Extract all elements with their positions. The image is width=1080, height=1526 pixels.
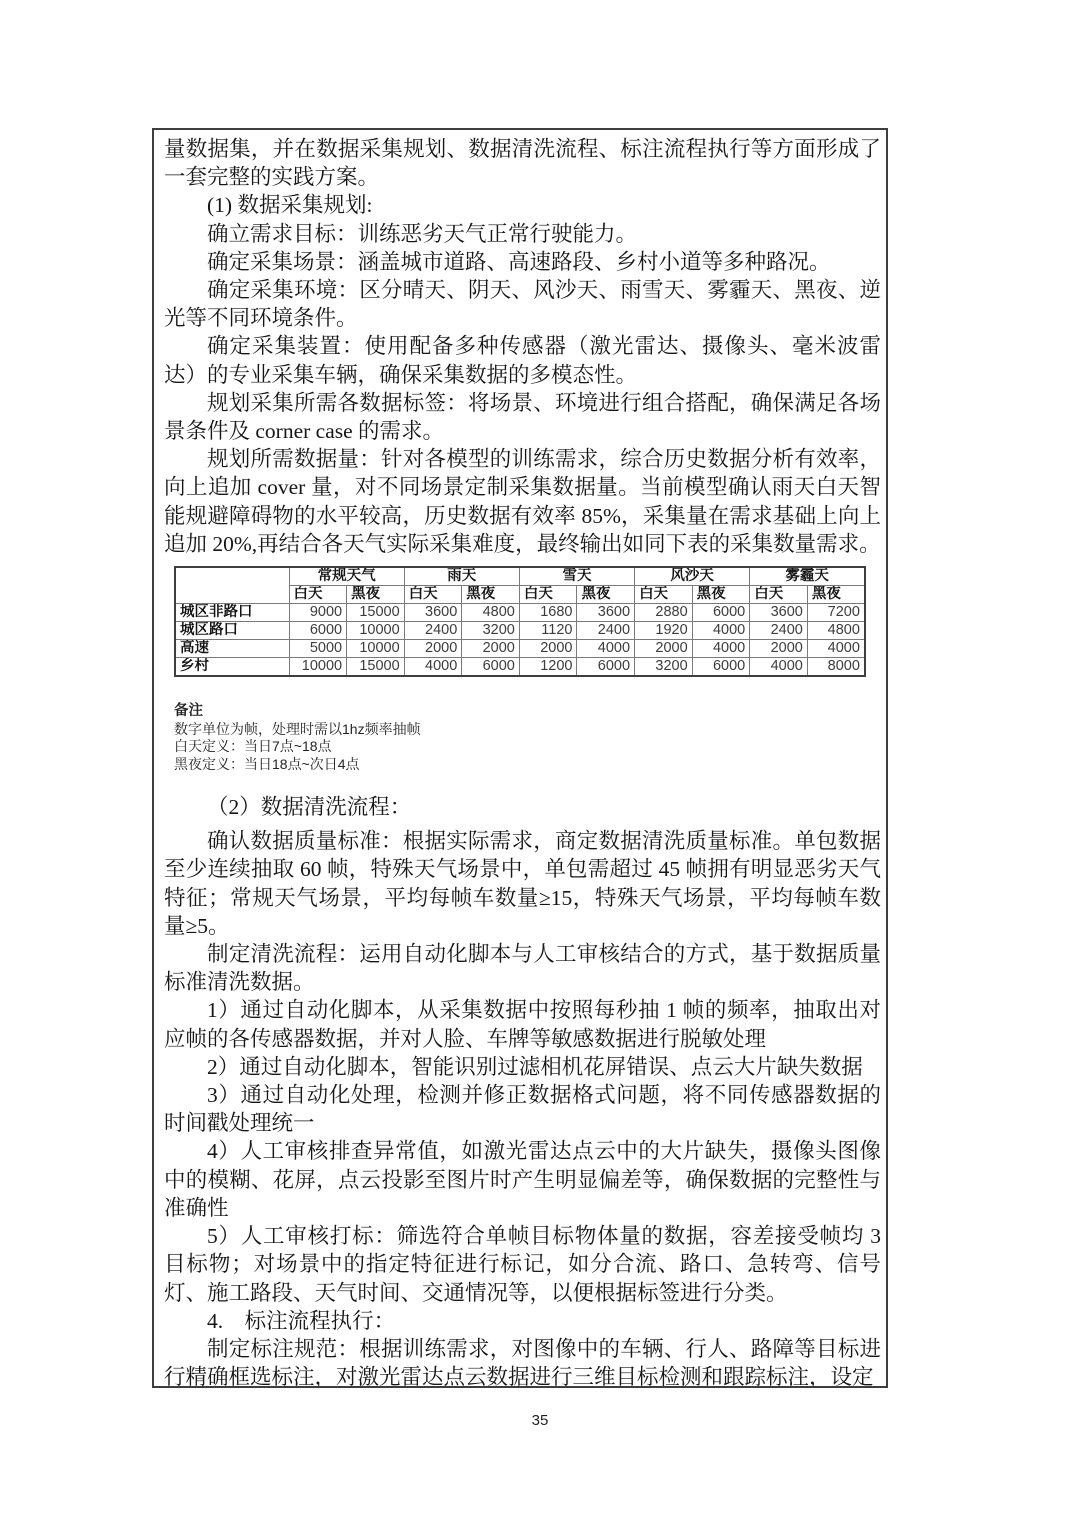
table-row: 城区非路口 9000 15000 3600 4800 1680 3600 288…	[175, 604, 865, 622]
table-cell: 2400	[404, 622, 462, 640]
sub-header-night: 黑夜	[692, 586, 750, 604]
table-cell: 4800	[462, 604, 520, 622]
table-cell: 1680	[519, 604, 577, 622]
table-cell: 3600	[750, 604, 808, 622]
table-cell: 4800	[807, 622, 865, 640]
sub-header-day: 白天	[635, 586, 693, 604]
table-header-row-groups: 常规天气 雨天 雪天 风沙天 雾霾天	[175, 567, 865, 586]
table-cell: 9000	[289, 604, 347, 622]
table-cell: 4000	[577, 640, 635, 658]
content-border-box: 量数据集，并在数据采集规划、数据清洗流程、标注流程执行等方面形成了一套完整的实践…	[152, 128, 888, 1388]
table-cell: 8000	[807, 658, 865, 677]
table-cell: 10000	[347, 640, 405, 658]
para-section-2-heading: （2）数据清洗流程：	[164, 793, 881, 821]
sub-header-day: 白天	[750, 586, 808, 604]
para-collection-environment: 确定采集环境：区分晴天、阴天、风沙天、雨雪天、雾霾天、黑夜、逆光等不同环境条件。	[164, 276, 881, 332]
para-clean-step-1: 1）通过自动化脚本，从采集数据中按照每秒抽 1 帧的频率，抽取出对应帧的各传感器…	[164, 996, 881, 1052]
table-cell: 4000	[692, 640, 750, 658]
table-cell: 1920	[635, 622, 693, 640]
sub-header-night: 黑夜	[807, 586, 865, 604]
table-cell: 7200	[807, 604, 865, 622]
para-annotation-spec: 制定标注规范：根据训练需求，对图像中的车辆、行人、路障等目标进行精确框选标注，对…	[164, 1335, 881, 1388]
table-cell: 3600	[404, 604, 462, 622]
table-cell: 2000	[462, 640, 520, 658]
collection-demand-table: 常规天气 雨天 雪天 风沙天 雾霾天 白天 黑夜 白天 黑夜 白天 黑夜 白天	[174, 566, 866, 677]
table-cell: 2400	[577, 622, 635, 640]
table-cell: 3200	[462, 622, 520, 640]
para-quality-standard: 确认数据质量标准：根据实际需求，商定数据清洗质量标准。单包数据至少连续抽取 60…	[164, 827, 881, 940]
row-label: 城区非路口	[175, 604, 289, 622]
table-cell: 2000	[404, 640, 462, 658]
row-label: 高速	[175, 640, 289, 658]
para-clean-step-2: 2）通过自动化脚本，智能识别过滤相机花屏错误、点云大片缺失数据	[164, 1053, 881, 1081]
notes-line-day-definition: 白天定义：当日7点~18点	[174, 738, 881, 756]
para-clean-step-5: 5）人工审核打标：筛选符合单帧目标物体量的数据，容差接受帧均 3 目标物；对场景…	[164, 1222, 881, 1307]
table-cell: 4000	[692, 622, 750, 640]
table-cell: 4000	[807, 640, 865, 658]
sub-header-day: 白天	[289, 586, 347, 604]
sub-header-night: 黑夜	[347, 586, 405, 604]
table-notes: 备注 数字单位为帧，处理时需以1hz频率抽帧 白天定义：当日7点~18点 黑夜定…	[174, 703, 881, 773]
table-cell: 2880	[635, 604, 693, 622]
notes-line-unit: 数字单位为帧，处理时需以1hz频率抽帧	[174, 721, 881, 739]
table-cell: 2000	[519, 640, 577, 658]
table-cell: 3600	[577, 604, 635, 622]
para-collection-scene: 确定采集场景：涵盖城市道路、高速路段、乡村小道等多种路况。	[164, 248, 881, 276]
table-cell: 3200	[635, 658, 693, 677]
group-header-sandstorm: 风沙天	[635, 567, 750, 586]
para-data-volume: 规划所需数据量：针对各模型的训练需求，综合历史数据分析有效率，向上追加 cove…	[164, 445, 881, 558]
table-cell: 6000	[462, 658, 520, 677]
table-cell: 6000	[692, 658, 750, 677]
page-number: 35	[0, 1412, 1080, 1429]
table-corner-cell	[175, 567, 289, 604]
table-cell: 4000	[404, 658, 462, 677]
sub-header-night: 黑夜	[462, 586, 520, 604]
para-section-4-heading: 4. 标注流程执行：	[164, 1307, 881, 1335]
collection-demand-table-wrap: 常规天气 雨天 雪天 风沙天 雾霾天 白天 黑夜 白天 黑夜 白天 黑夜 白天	[174, 566, 881, 677]
table-cell: 4000	[750, 658, 808, 677]
para-demand-goal: 确立需求目标：训练恶劣天气正常行驶能力。	[164, 220, 881, 248]
group-header-haze: 雾霾天	[750, 567, 865, 586]
table-row: 高速 5000 10000 2000 2000 2000 4000 2000 4…	[175, 640, 865, 658]
sub-header-day: 白天	[404, 586, 462, 604]
table-row: 乡村 10000 15000 4000 6000 1200 6000 3200 …	[175, 658, 865, 677]
para-cleaning-process: 制定清洗流程：运用自动化脚本与人工审核结合的方式，基于数据质量标准清洗数据。	[164, 940, 881, 996]
para-section-1-heading: (1) 数据采集规划:	[164, 191, 881, 219]
sub-header-day: 白天	[519, 586, 577, 604]
table-cell: 2400	[750, 622, 808, 640]
sub-header-night: 黑夜	[577, 586, 635, 604]
table-cell: 15000	[347, 604, 405, 622]
table-cell: 6000	[692, 604, 750, 622]
notes-line-night-definition: 黑夜定义：当日18点~次日4点	[174, 756, 881, 774]
notes-title: 备注	[174, 703, 881, 721]
table-cell: 10000	[347, 622, 405, 640]
para-clean-step-4: 4）人工审核排查异常值，如激光雷达点云中的大片缺失，摄像头图像中的模糊、花屏，点…	[164, 1137, 881, 1222]
table-cell: 5000	[289, 640, 347, 658]
table-cell: 15000	[347, 658, 405, 677]
group-header-normal-weather: 常规天气	[289, 567, 404, 586]
table-cell: 6000	[577, 658, 635, 677]
row-label: 乡村	[175, 658, 289, 677]
para-clean-step-3: 3）通过自动化处理，检测并修正数据格式问题，将不同传感器数据的时间戳处理统一	[164, 1081, 881, 1137]
table-cell: 6000	[289, 622, 347, 640]
table-cell: 10000	[289, 658, 347, 677]
table-cell: 2000	[750, 640, 808, 658]
para-data-labels: 规划采集所需各数据标签：将场景、环境进行组合搭配，确保满足各场景条件及 corn…	[164, 389, 881, 445]
group-header-snow: 雪天	[519, 567, 634, 586]
para-intro-continuation: 量数据集，并在数据采集规划、数据清洗流程、标注流程执行等方面形成了一套完整的实践…	[164, 135, 881, 191]
group-header-rain: 雨天	[404, 567, 519, 586]
table-cell: 2000	[635, 640, 693, 658]
para-collection-device: 确定采集装置：使用配备多种传感器（激光雷达、摄像头、毫米波雷达）的专业采集车辆，…	[164, 332, 881, 388]
table-row: 城区路口 6000 10000 2400 3200 1120 2400 1920…	[175, 622, 865, 640]
row-label: 城区路口	[175, 622, 289, 640]
table-cell: 1120	[519, 622, 577, 640]
table-cell: 1200	[519, 658, 577, 677]
